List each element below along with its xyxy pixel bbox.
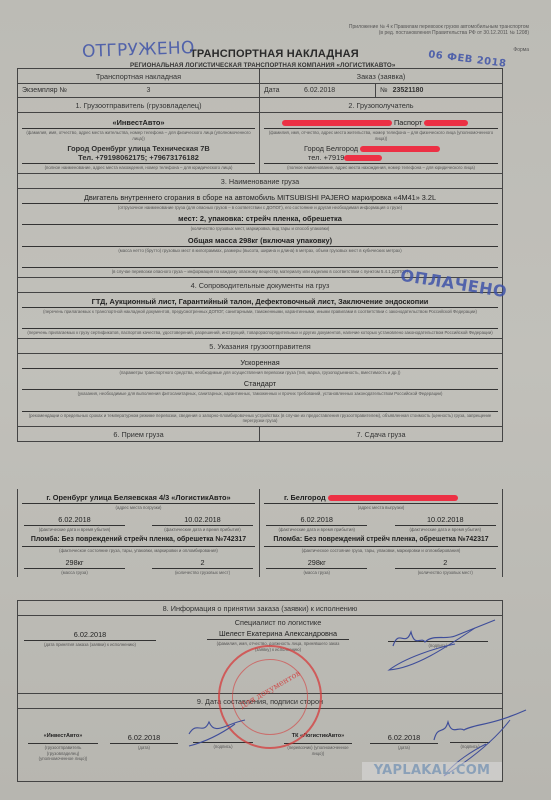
- shipper-name: «ИнвестАвто»: [22, 116, 255, 129]
- delivery-mass-hint: (масса груза): [262, 569, 371, 578]
- acceptance-departure-date: 6.02.2018: [24, 513, 125, 526]
- shipper-sign-date: 6.02.2018: [110, 731, 178, 744]
- delivery-departure-hint: (фактические дата и время убытия): [391, 526, 500, 535]
- acceptance-places: 2: [152, 556, 253, 569]
- copy-cell: Экземпляр № 3: [18, 84, 260, 97]
- delivery-places: 2: [395, 556, 496, 569]
- consignee-phone-line: тел. +7919: [304, 153, 498, 162]
- appendix-note: Приложение № 4 к Правилам перевозок груз…: [269, 24, 529, 36]
- unloading-address-hint: (адрес места выгрузки): [260, 504, 502, 513]
- order-date-field: 6.02.2018 (дата принятия заказа (заявки)…: [20, 628, 160, 650]
- redacted-phone: [344, 155, 382, 161]
- dangerous-line: [22, 255, 498, 268]
- form-label: Форма: [513, 47, 529, 53]
- section4-content: ГТД, Аукционный лист, Гарантийный талон,…: [18, 293, 502, 338]
- section1-title: 1. Грузоотправитель (грузовладелец): [18, 98, 260, 112]
- shipper-address: Город Оренбург улица Техническая 7В: [22, 144, 255, 153]
- passport-label: Паспорт: [394, 118, 422, 127]
- page-title: ТРАНСПОРТНАЯ НАКЛАДНАЯ: [190, 48, 359, 60]
- delivery-seal-hint: (фактическое состояние груза, тары, упак…: [260, 547, 502, 556]
- acceptance-places-hint: (количество грузовых мест): [148, 569, 257, 578]
- shipping-mode: Ускоренная: [22, 356, 498, 369]
- delivery-quantities: 298кг (масса груза) 2 (количество грузов…: [260, 556, 502, 578]
- consignee-city: Город Белгород: [304, 144, 358, 153]
- handover-frame: г. Оренбург улица Беляевская 4/3 «Логист…: [17, 489, 503, 577]
- section5-content: Ускоренная (параметры транспортного сред…: [18, 354, 502, 426]
- copy-label: Экземпляр №: [22, 87, 102, 94]
- redacted-address: [360, 146, 440, 152]
- packaging-hint: (количество грузовых мест, маркировка, в…: [18, 225, 502, 234]
- seal-text: Для документов: [224, 661, 315, 719]
- redacted-passport: [424, 120, 468, 126]
- section8-title-row: 8. Информация о принятии заказа (заявки)…: [18, 601, 502, 616]
- departure-hint: (фактические дата и время убытия): [20, 526, 129, 535]
- arrival-hint: (фактические дата и время прибытия): [148, 526, 257, 535]
- cargo-name: Двигатель внутреннего сгорания в сборе н…: [22, 191, 498, 204]
- carrier-party-hint: (перевозчик) (уполномоченное лицо)): [280, 744, 356, 758]
- mass-hint: (масса нетто (брутто) грузовых мест в ки…: [18, 247, 502, 256]
- unloading-address-line: г. Белгород: [264, 491, 498, 504]
- section7-title: 7. Сдача груза: [260, 427, 502, 441]
- acceptance-seal: Пломба: Без повреждений стрейч пленка, о…: [22, 534, 255, 547]
- cargo-mass: Общая масса 298кг (включая упаковку): [22, 234, 498, 247]
- recommend-line: [22, 399, 498, 412]
- accompanying-documents: ГТД, Аукционный лист, Гарантийный талон,…: [22, 295, 498, 308]
- shipper-date-field: 6.02.2018 (дата): [106, 731, 182, 753]
- meta-values-row: Экземпляр № 3 Дата 6.02.2018 № 23521180: [18, 84, 502, 98]
- loading-address: г. Оренбург улица Беляевская 4/3 «Логист…: [22, 491, 255, 504]
- parties-title-row: 1. Грузоотправитель (грузовладелец) 2. Г…: [18, 98, 502, 113]
- section5-title-row: 5. Указания грузоотправителя: [18, 339, 502, 354]
- shipper-hint-legal: (полное наименование, адрес места нахожд…: [18, 164, 259, 173]
- shipped-stamp: ОТГРУЖЕНО: [82, 38, 195, 62]
- delivery-arrival-date: 6.02.2018: [266, 513, 367, 526]
- acceptance-mass: 298кг: [24, 556, 125, 569]
- vehicle-hint: (параметры транспортного средства, необх…: [18, 369, 502, 378]
- date-stamp: 06 ФЕВ 2018: [428, 49, 507, 69]
- shipper-hint-person: (фамилия, имя, отчество, адрес места жит…: [18, 129, 259, 143]
- unloading-address: г. Белгород: [284, 493, 326, 502]
- delivery-departure-date: 10.02.2018: [395, 513, 496, 526]
- number-label: №: [380, 87, 388, 94]
- certs-line: [22, 316, 498, 329]
- handover-body-row: г. Оренбург улица Беляевская 4/3 «Логист…: [18, 489, 502, 577]
- shipper-address-block: Город Оренбург улица Техническая 7В Тел.…: [22, 143, 255, 164]
- order-date-hint: (дата принятия заказа (заявки) к исполне…: [20, 641, 160, 650]
- specialist-position: Специалист по логистике: [203, 618, 353, 627]
- acceptance-dates: 6.02.2018 (фактические дата и время убыт…: [18, 513, 259, 535]
- recommend-hint: (рекомендации о предельных сроках и темп…: [18, 412, 502, 426]
- consignee-name-line: Паспорт: [264, 116, 498, 129]
- seal-hint: (фактическое состояние груза, тары, упак…: [18, 547, 259, 556]
- section2-title: 2. Грузополучатель: [260, 98, 502, 112]
- certs-hint: (перечень прилагаемых к грузу сертификат…: [18, 329, 502, 338]
- section5-title: 5. Указания грузоотправителя: [18, 339, 502, 353]
- delivery-departure-field: 10.02.2018 (фактические дата и время убы…: [391, 513, 500, 535]
- delivery-mass: 298кг: [266, 556, 367, 569]
- date-cell: Дата 6.02.2018: [260, 84, 376, 97]
- departure-field: 6.02.2018 (фактические дата и время убыт…: [20, 513, 129, 535]
- shipper-party: «ИнвестАвто»: [28, 731, 98, 744]
- watermark: YAPLAKAL.COM: [362, 762, 502, 780]
- section8-title: 8. Информация о принятии заказа (заявки)…: [18, 601, 502, 615]
- consignee-block: Паспорт (фамилия, имя, отчество, адрес м…: [260, 113, 502, 173]
- consignee-address-block: Город Белгород тел. +7919: [264, 143, 498, 164]
- delivery-arrival-hint: (фактические дата и время прибытия): [262, 526, 371, 535]
- number-cell: № 23521180: [376, 84, 502, 97]
- mass-field: 298кг (масса груза): [20, 556, 129, 578]
- shipper-sign-field: «ИнвестАвто» (грузоотправитель (грузовла…: [24, 731, 102, 764]
- shipper-signature-icon: [185, 712, 255, 752]
- section6-title: 6. Прием груза: [18, 427, 260, 441]
- section3-content: Двигатель внутреннего сгорания в сборе н…: [18, 189, 502, 277]
- parties-body-row: «ИнвестАвто» (фамилия, имя, отчество, ад…: [18, 113, 502, 174]
- order-accept-date: 6.02.2018: [24, 628, 156, 641]
- carrier-sign-date: 6.02.2018: [370, 731, 438, 744]
- acceptance-arrival-date: 10.02.2018: [152, 513, 253, 526]
- copy-value: 3: [102, 87, 255, 94]
- delivery-mass-field: 298кг (масса груза): [262, 556, 371, 578]
- delivery-places-field: 2 (количество грузовых мест): [391, 556, 500, 578]
- specialist-name: Шелест Екатерина Александровна: [207, 627, 349, 640]
- signature-icon: [385, 618, 505, 678]
- consignee-city-line: Город Белгород: [304, 144, 498, 153]
- number-value: 23521180: [393, 87, 424, 94]
- delivery-seal: Пломба: Без повреждений стрейч пленка, о…: [264, 534, 498, 547]
- section5-body: Ускоренная (параметры транспортного сред…: [18, 354, 502, 427]
- requirements-hint: (указания, необходимые для выполнения фи…: [18, 390, 502, 399]
- date-label: Дата: [264, 87, 304, 94]
- waybill-form: Транспортная накладная Заказ (заявка) Эк…: [17, 68, 503, 442]
- consignee-phone: тел. +7919: [308, 153, 344, 162]
- acceptance-block: г. Оренбург улица Беляевская 4/3 «Логист…: [18, 489, 260, 577]
- consignee-hint-person: (фамилия, имя, отчество, адрес места жит…: [260, 129, 502, 143]
- shipper-block: «ИнвестАвто» (фамилия, имя, отчество, ад…: [18, 113, 260, 173]
- section3-title-row: 3. Наименование груза: [18, 174, 502, 189]
- places-field: 2 (количество грузовых мест): [148, 556, 257, 578]
- loading-address-hint: (адрес места погрузки): [18, 504, 259, 513]
- delivery-arrival-field: 6.02.2018 (фактические дата и время приб…: [262, 513, 371, 535]
- arrival-field: 10.02.2018 (фактические дата и время при…: [148, 513, 257, 535]
- appendix-line-2: (в ред. постановления Правительства РФ о…: [269, 30, 529, 36]
- document-page: Приложение № 4 к Правилам перевозок груз…: [0, 0, 551, 800]
- acceptance-quantities: 298кг (масса груза) 2 (количество грузов…: [18, 556, 259, 578]
- delivery-places-hint: (количество грузовых мест): [391, 569, 500, 578]
- delivery-block: г. Белгород (адрес места выгрузки) 6.02.…: [260, 489, 502, 577]
- waybill-label: Транспортная накладная: [18, 69, 260, 83]
- order-label: Заказ (заявка): [260, 69, 502, 83]
- handover-title-row: 6. Прием груза 7. Сдача груза: [18, 427, 502, 441]
- acceptance-mass-hint: (масса груза): [20, 569, 129, 578]
- delivery-dates: 6.02.2018 (фактические дата и время приб…: [260, 513, 502, 535]
- standard-value: Стандарт: [22, 377, 498, 390]
- meta-header-row: Транспортная накладная Заказ (заявка): [18, 69, 502, 84]
- date-value: 6.02.2018: [304, 87, 335, 94]
- cargo-hint: (отгрузочное наименование груза (для опа…: [18, 204, 502, 213]
- section3-title: 3. Наименование груза: [18, 174, 502, 188]
- docs-hint: (перечень прилагаемых к транспортной нак…: [18, 308, 502, 317]
- redacted-name: [282, 120, 392, 126]
- cargo-packaging: мест: 2, упаковка: стрейч пленка, обреше…: [22, 212, 498, 225]
- section3-body: Двигатель внутреннего сгорания в сборе н…: [18, 189, 502, 278]
- shipper-phone: Тел. +79198062175; +79673176182: [22, 153, 255, 162]
- shipper-date-hint: (дата): [106, 744, 182, 753]
- redacted-unloading-address: [328, 495, 458, 501]
- consignee-hint-legal: (полное наименование, адрес места нахожд…: [260, 164, 502, 173]
- shipper-party-hint: (грузоотправитель (грузовладелец) (уполн…: [24, 744, 102, 764]
- section4-body: ГТД, Аукционный лист, Гарантийный талон,…: [18, 293, 502, 339]
